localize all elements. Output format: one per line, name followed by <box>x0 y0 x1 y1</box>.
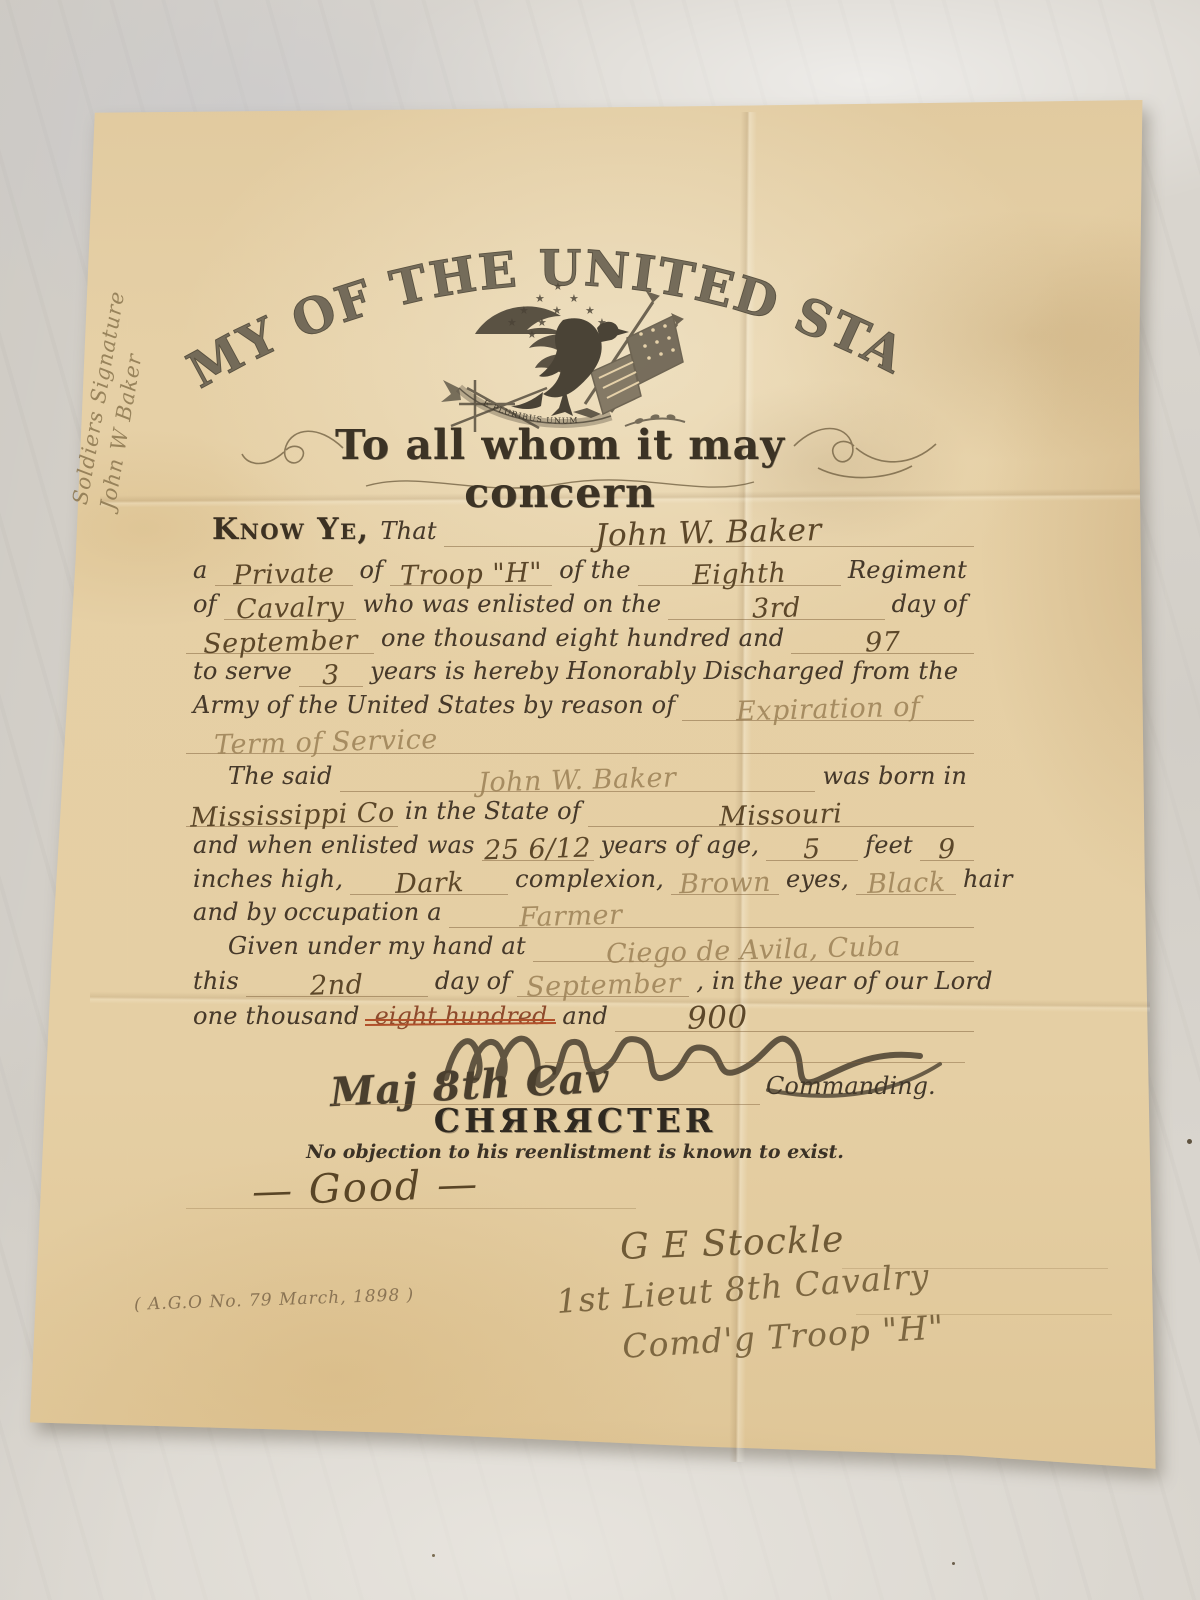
label-this: this <box>186 969 246 997</box>
form-line-3: of Cavalry who was enlisted on the 3rd d… <box>186 583 974 620</box>
label-that: That <box>373 519 443 547</box>
motto: To all whom it may concern <box>320 421 800 517</box>
label-one-thousand: one thousand <box>186 1004 367 1032</box>
blank-place-given: Ciego de Avila, Cuba <box>533 934 974 962</box>
blank-birth-county: Mississippi Co <box>186 799 398 827</box>
field-discharge-reason-2: Term of Service <box>214 726 438 759</box>
label-of-the: of the <box>552 558 637 586</box>
form-line-12: and by occupation a Farmer <box>186 891 974 928</box>
form-line-11: inches high, Dark complexion, Brown eyes… <box>186 858 974 895</box>
flourish-right <box>790 414 940 486</box>
blank-discharge-month: September <box>517 969 689 997</box>
character-heading: CHЯRЯCTER <box>400 1104 750 1137</box>
form-line-7: Term of Service <box>186 717 974 754</box>
blank-troop: Troop "H" <box>390 558 552 586</box>
label-in-year: , in the year of our Lord <box>689 969 999 997</box>
blank-occupation: Farmer <box>449 900 974 928</box>
certifier-command: Comd'g Troop "H" <box>621 1310 945 1363</box>
label-occupation: and by occupation a <box>186 900 449 928</box>
blank-discharge-day: 2nd <box>246 969 428 997</box>
form-line-13: Given under my hand at Ciego de Avila, C… <box>186 925 974 962</box>
label-a: a <box>186 558 215 586</box>
label-born-in: was born in <box>815 764 974 792</box>
no-objection-text: No objection to his reenlistment is know… <box>300 1143 850 1162</box>
blank-branch: Cavalry <box>224 592 356 620</box>
form-line-6: Army of the United States by reason of E… <box>186 684 974 721</box>
label-given-under: Given under my hand at <box>186 934 533 962</box>
label-enlisted-age: and when enlisted was <box>186 833 482 861</box>
blank-soldier-name: John W. Baker <box>444 515 974 547</box>
label-of: of <box>353 558 391 586</box>
label-of2: of <box>186 592 224 620</box>
certificate-content: ARMY OF THE UNITED STATES ★★★ ★★★ ★★★★ ★… <box>0 0 1200 1600</box>
label-years-of-age: years of age, <box>594 833 767 861</box>
certifier-rank: 1st Lieut 8th Cavalry <box>555 1259 930 1318</box>
label-in-state: in the State of <box>398 799 588 827</box>
blank-service-years: 3 <box>299 659 363 687</box>
blank-rank: Private <box>215 558 353 586</box>
svg-text:★: ★ <box>569 292 579 305</box>
blank-soldier-name-2: John W. Baker <box>340 764 816 792</box>
blank-regiment-number: Eighth <box>638 558 841 586</box>
label-discharged: years is hereby Honorably Discharged fro… <box>363 659 965 687</box>
svg-text:★: ★ <box>553 280 563 293</box>
label-day-of: day of <box>885 592 974 620</box>
label-day-of-2: day of <box>428 969 517 997</box>
ago-form-note: ( A.G.O No. 79 March, 1898 ) <box>134 1287 415 1314</box>
blank-birth-state: Missouri <box>588 799 974 827</box>
label-commanding: Commanding. <box>766 1074 936 1098</box>
form-line-4: September one thousand eight hundred and… <box>186 617 974 654</box>
form-line-5: to serve 3 years is hereby Honorably Dis… <box>186 650 974 687</box>
label-know-ye: Know Ye, <box>186 515 373 547</box>
eagle-emblem: ★★★ ★★★ ★★★★ ★★ <box>415 276 705 444</box>
form-line-8: The said John W. Baker was born in <box>186 755 974 792</box>
svg-text:★: ★ <box>535 292 545 305</box>
form-line-9: Mississippi Co in the State of Missouri <box>186 790 974 827</box>
blank-age: 25 6/12 <box>482 833 594 861</box>
form-line-14: this 2nd day of September , in the year … <box>186 960 974 997</box>
margin-note: Soldiers Signature John W Baker <box>66 177 179 512</box>
svg-text:★: ★ <box>585 304 595 317</box>
character-rating: — Good — <box>251 1164 479 1212</box>
label-the-said: The said <box>186 764 340 792</box>
blank-height-inches: 9 <box>920 833 974 861</box>
form-line-2: a Private of Troop "H" of the Eighth Reg… <box>186 549 974 586</box>
form-line-10: and when enlisted was 25 6/12 years of a… <box>186 824 974 861</box>
rating-rule <box>186 1208 636 1209</box>
field-soldier-name: John W. Baker <box>595 515 822 552</box>
certifier-signature: G E Stockle <box>619 1222 845 1266</box>
photo-of-discharge-certificate: ARMY OF THE UNITED STATES ★★★ ★★★ ★★★★ ★… <box>0 0 1200 1600</box>
blank-enlist-day: 3rd <box>668 592 884 620</box>
form-line-1: Know Ye, That John W. Baker <box>186 510 974 547</box>
label-enlisted-on: who was enlisted on the <box>356 592 668 620</box>
label-regiment: Regiment <box>841 558 974 586</box>
blank-reason-2: Term of Service <box>186 726 974 754</box>
blank-height-feet: 5 <box>766 833 858 861</box>
label-to-serve: to serve <box>186 659 299 687</box>
label-feet: feet <box>858 833 920 861</box>
